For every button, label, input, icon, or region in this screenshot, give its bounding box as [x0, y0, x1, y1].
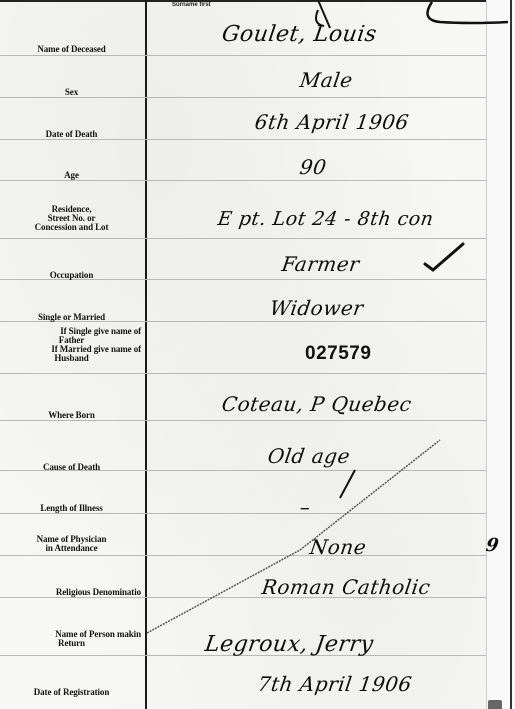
ink-marks	[0, 0, 515, 709]
check-mark-icon	[425, 244, 463, 270]
death-registration-page: Surname first Name of Deceased Sex Date …	[0, 0, 515, 709]
flourish-stroke	[316, 0, 330, 28]
scan-edge-tab	[488, 700, 502, 709]
cause-stroke	[340, 470, 355, 498]
top-curve-stroke	[428, 2, 509, 23]
diagonal-cross-line	[147, 440, 440, 633]
